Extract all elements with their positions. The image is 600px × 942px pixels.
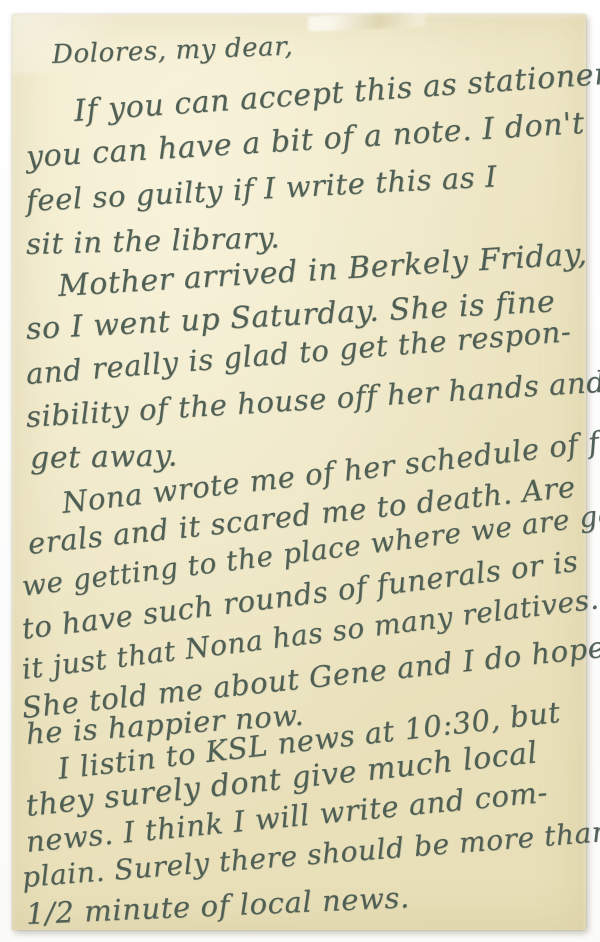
paper-crease bbox=[308, 11, 427, 31]
letter-paper: Dolores, my dear, If you can accept this… bbox=[12, 14, 586, 930]
letter-line: sit in the library. bbox=[26, 220, 281, 261]
scan-background: Dolores, my dear, If you can accept this… bbox=[0, 0, 600, 942]
letter-line: get away. bbox=[30, 438, 178, 476]
